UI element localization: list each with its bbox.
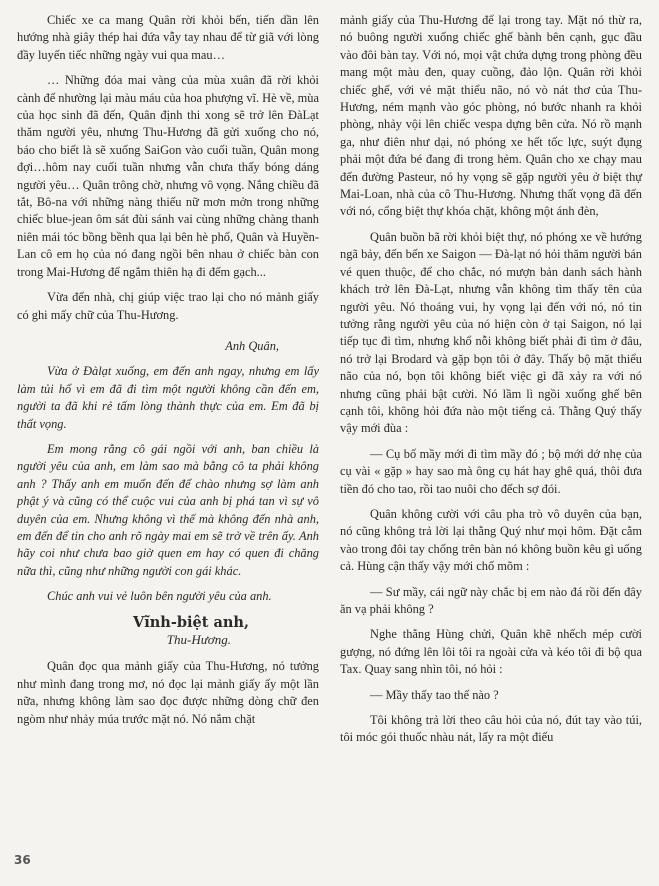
paragraph: mảnh giấy của Thu-Hương để lại trong tay… [340, 12, 642, 221]
paragraph: Quân không cười với câu pha trò vô duyên… [340, 506, 642, 576]
book-page: Chiếc xe ca mang Quân rời khỏi bến, tiến… [0, 0, 659, 886]
paragraph: … Những đóa mai vàng của mùa xuân đã rời… [17, 72, 319, 281]
paragraph: Vừa đến nhà, chị giúp việc trao lại cho … [17, 289, 319, 324]
letter: Anh Quân, Vừa ở Đàlạt xuống, em đến anh … [17, 338, 319, 649]
page-number: 36 [14, 853, 31, 867]
paragraph: Nghe thằng Hùng chửi, Quân khẽ nhếch mép… [340, 626, 642, 678]
letter-paragraph: Em mong rằng cô gái ngồi với anh, ban ch… [17, 441, 319, 580]
letter-signature: Thu-Hương. [17, 631, 231, 648]
paragraph: Quân buồn bã rời khỏi biệt thự, nó phóng… [340, 229, 642, 438]
right-column: mảnh giấy của Thu-Hương để lại trong tay… [340, 12, 642, 755]
paragraph: Quân đọc qua mảnh giấy của Thu-Hương, nó… [17, 658, 319, 728]
paragraph: Chiếc xe ca mang Quân rời khỏi bến, tiến… [17, 12, 319, 64]
dialogue-paragraph: — Mầy thấy tao thế nào ? [340, 687, 642, 704]
letter-farewell: Vĩnh-biệt anh, [17, 614, 249, 631]
dialogue-paragraph: — Sư mầy, cái ngữ này chắc bị em nào đá … [340, 584, 642, 619]
left-column: Chiếc xe ca mang Quân rời khỏi bến, tiến… [17, 12, 319, 736]
letter-salutation: Anh Quân, [17, 338, 279, 355]
letter-paragraph: Vừa ở Đàlạt xuống, em đến anh ngay, nhưn… [17, 363, 319, 433]
dialogue-paragraph: — Cụ bố mầy mới đi tìm mầy đó ; bộ mới d… [340, 446, 642, 498]
letter-closing: Chúc anh vui vẻ luôn bên người yêu của a… [17, 588, 319, 605]
paragraph: Tôi không trả lời theo câu hỏi của nó, đ… [340, 712, 642, 747]
